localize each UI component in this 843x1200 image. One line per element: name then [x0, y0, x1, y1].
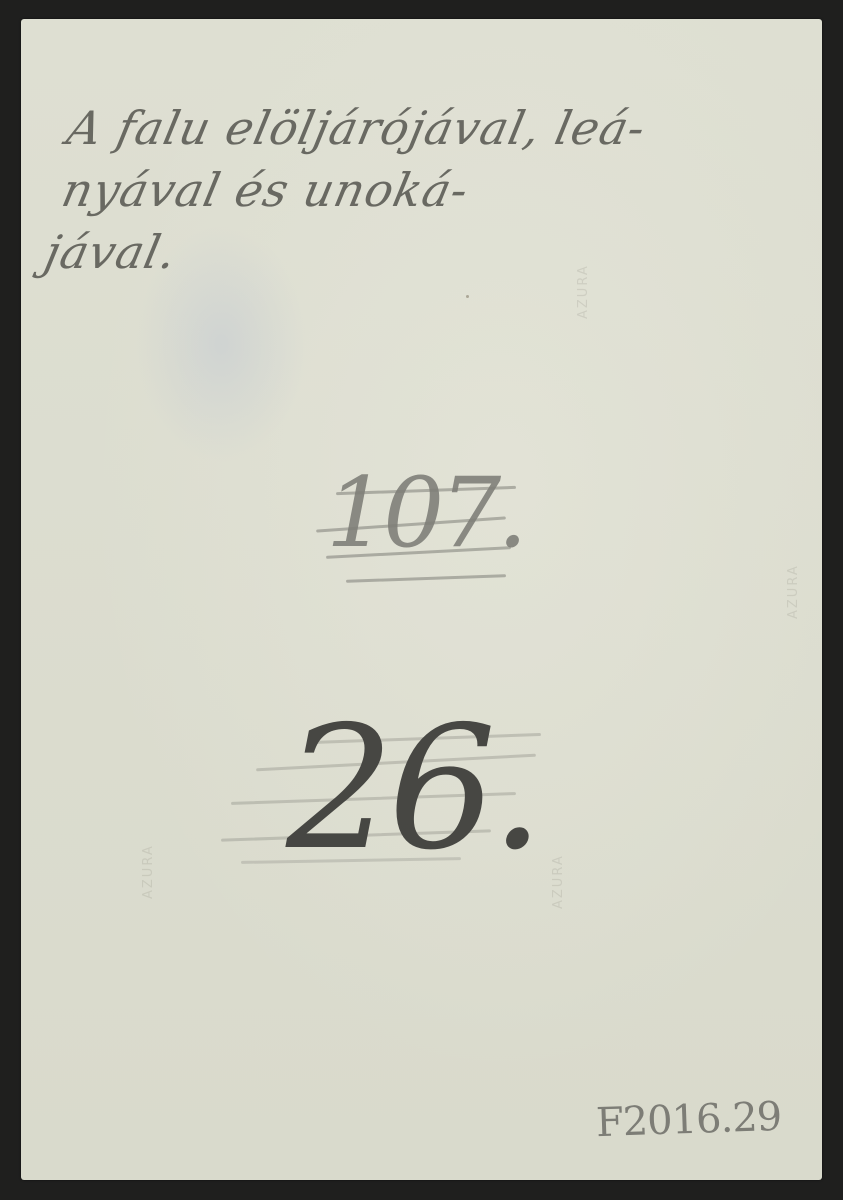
paper-mark [466, 295, 469, 298]
catalog-code: F2016.29 [595, 1094, 782, 1146]
watermark: AZURA [576, 264, 591, 319]
current-number: 26. [216, 699, 556, 899]
caption-line-3: jával. [39, 221, 768, 283]
caption-line-1: A falu elöljárójával, leá- [62, 97, 795, 159]
watermark: AZURA [551, 854, 566, 909]
document-card: A falu elöljárójával, leá- nyával és uno… [21, 19, 822, 1180]
watermark: AZURA [141, 844, 156, 899]
watermark: AZURA [786, 564, 801, 619]
handwritten-caption: A falu elöljárójával, leá- nyával és uno… [35, 97, 795, 283]
strike-line [346, 574, 506, 583]
crossed-out-number: 107. [316, 451, 526, 601]
caption-line-2: nyával és unoká- [56, 159, 781, 221]
current-number-text: 26. [286, 689, 538, 889]
